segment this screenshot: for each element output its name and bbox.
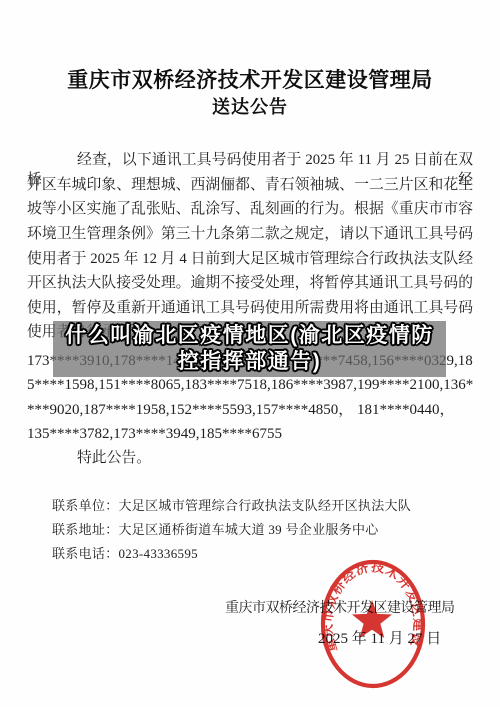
issue-date: 2025 年 11 月 27 日 <box>318 627 441 648</box>
contact-unit: 联系单位：大足区城市管理综合行政执法支队经开区执法大队 <box>52 495 411 514</box>
overlay-title-line2: 控指挥部通告) <box>178 349 322 375</box>
seal-ring <box>323 562 423 686</box>
issuer-signature: 重庆市双桥经济技术开发区建设管理局 <box>225 597 455 617</box>
contact-phone: 联系电话：023-43336595 <box>52 543 198 562</box>
doc-title-line2: 送达公告 <box>0 93 500 119</box>
body-line: 使用，暂停及重新开通通讯工具号码使用所需费用将由通讯工具号码 <box>27 298 473 318</box>
body-line: 使用者于 2025 年 12 月 4 日前到大足区城市管理综合行政执法支队经 <box>27 249 473 269</box>
seo-title-overlay: 什么叫渝北区疫情地区(渝北区疫情防 控指挥部通告) <box>53 321 446 377</box>
contact-address: 联系地址：大足区通桥街道车城大道 39 号企业服务中心 <box>52 519 379 538</box>
notice-document: 重庆市双桥经济技术开发区建设管理局 送达公告 经查，以下通讯工具号码使用者于 2… <box>0 0 500 707</box>
doc-title-line1: 重庆市双桥经济技术开发区建设管理局 <box>0 64 500 94</box>
closing-statement: 特此公告。 <box>27 448 473 468</box>
phone-line: 135****3782,173****3949,185****6755 <box>27 424 473 444</box>
official-seal: 重庆市双桥经济技术开发区建设管理局 <box>310 552 440 697</box>
phone-line: ***9020,187****1958,152****5593,157****4… <box>27 400 473 420</box>
body-line: 坡等小区实施了乱张贴、乱涂写、乱刻画的行为。根据《重庆市市容 <box>27 199 473 219</box>
body-line: 开区执法大队接受处理。逾期不接受处理，将暂停其通讯工具号码的 <box>27 273 473 293</box>
overlay-title-line1: 什么叫渝北区疫情地区(渝北区疫情防 <box>65 323 434 349</box>
phone-line: 5****1598,151****8065,183****7518,186***… <box>27 375 473 395</box>
body-line: 开区车城印象、理想城、西湖俪都、青石领袖城、一二三片区和花生 <box>27 175 473 195</box>
body-line: 环境卫生管理条例》第三十九条第二款之规定，请以下通讯工具号码 <box>27 224 473 244</box>
